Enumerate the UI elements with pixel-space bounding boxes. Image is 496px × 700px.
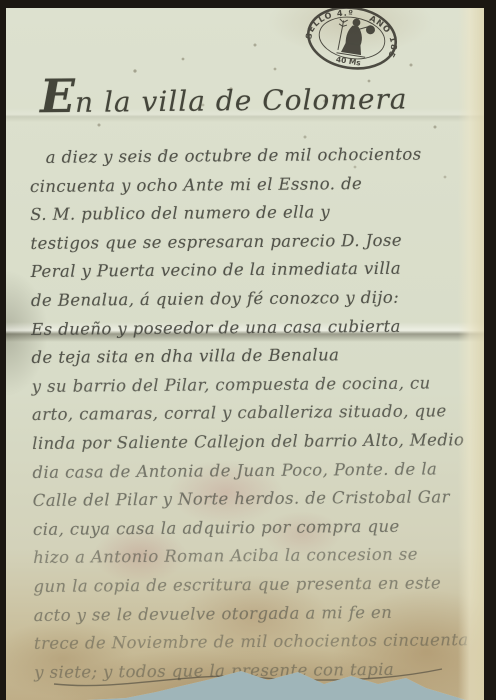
manuscript-line: cincuenta y ocho Ante mi el Essno. de: [30, 169, 476, 201]
manuscript-body: a diez y seis de octubre de mil ochocien…: [30, 140, 481, 687]
manuscript-line: S. M. publico del numero de ella y: [30, 197, 476, 229]
manuscript-line: dia casa de Antonia de Juan Poco, Ponte.…: [32, 455, 478, 487]
scan-border-right: [484, 0, 496, 700]
scan-border-left: [0, 0, 6, 700]
foxing-speckles: [6, 8, 8, 10]
manuscript-line: cia, cuya casa la adquirio por compra qu…: [33, 512, 479, 544]
manuscript-line: trece de Noviembre de mil ochocientos ci…: [34, 626, 480, 658]
scan-border-top: [0, 0, 496, 8]
manuscript-line: de teja sita en dha villa de Benalua: [31, 340, 477, 372]
seated-allegory-figure: [335, 16, 376, 58]
paper-sheet: SELLO 4.º AÑO 1852 40 Ms En l: [6, 8, 484, 700]
manuscript-line: y su barrio del Pilar, compuesta de coci…: [32, 369, 478, 401]
manuscript-line: gun la copia de escritura que presenta e…: [33, 569, 479, 601]
document-title: En la villa de Colomera: [40, 82, 470, 120]
manuscript-line: a diez y seis de octubre de mil ochocien…: [30, 140, 476, 172]
manuscript-line: Peral y Puerta vecino de la inmediata vi…: [31, 254, 477, 286]
title-text: n la villa de Colomera: [75, 82, 408, 118]
manuscript-line: de Benalua, á quien doy fé conozco y dij…: [31, 283, 477, 315]
signature-flourish: [50, 660, 450, 694]
scanned-manuscript-page: SELLO 4.º AÑO 1852 40 Ms En l: [0, 0, 496, 700]
manuscript-line: linda por Saliente Callejon del barrio A…: [32, 426, 478, 458]
title-initial-letter: E: [40, 69, 76, 123]
manuscript-line: Calle del Pilar y Norte herdos. de Crist…: [33, 483, 479, 515]
manuscript-line: Es dueño y poseedor de una casa cubierta: [31, 312, 477, 344]
manuscript-line: hizo a Antonio Roman Aciba la concesion …: [33, 540, 479, 572]
manuscript-line: acto y se le devuelve otorgada a mi fe e…: [34, 598, 480, 630]
revenue-stamp-icon: SELLO 4.º AÑO 1852 40 Ms: [302, 4, 402, 76]
manuscript-line: testigos que se espresaran parecio D. Jo…: [30, 226, 476, 258]
manuscript-line: arto, camaras, corral y caballeriza situ…: [32, 397, 478, 429]
